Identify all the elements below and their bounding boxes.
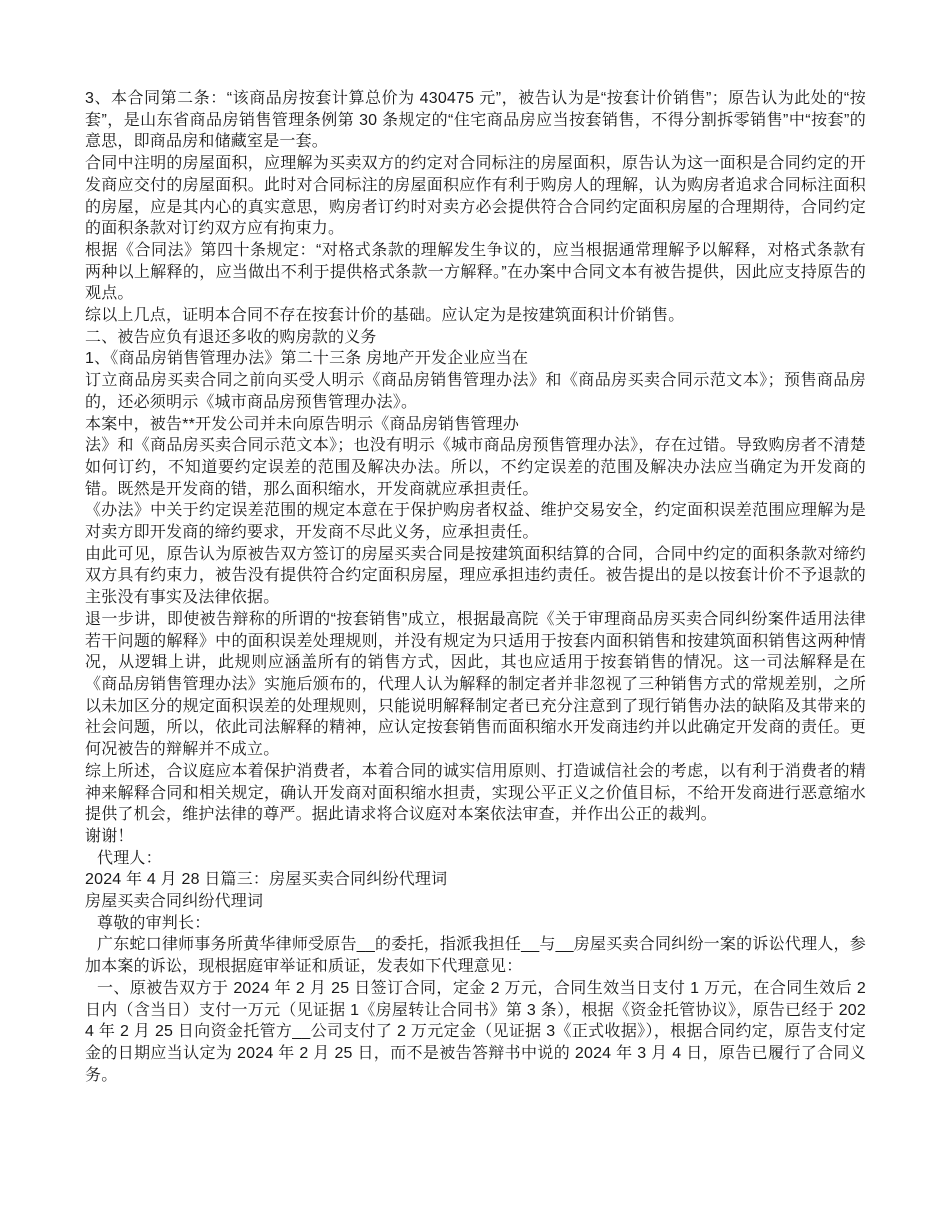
paragraph: 退一步讲，即使被告辩称的所谓的“按套销售”成立，根据最高院《关于审理商品房买卖合…	[85, 609, 866, 761]
paragraph: 2024 年 4 月 28 日篇三：房屋买卖合同纠纷代理词	[85, 869, 866, 891]
paragraph: 根据《合同法》第四十条规定：“对格式条款的理解发生争议的，应当根据通常理解予以解…	[85, 240, 866, 305]
paragraph: 一、原被告双方于 2024 年 2 月 25 日签订合同，定金 2 万元，合同生…	[85, 978, 866, 1087]
paragraph: 二、被告应负有退还多收的购房款的义务	[85, 327, 866, 349]
paragraph: 广东蛇口律师事务所黄华律师受原告__的委托，指派我担任__与__房屋买卖合同纠纷…	[85, 934, 866, 977]
paragraph: 3、本合同第二条：“该商品房按套计算总价为 430475 元”，被告认为是“按套…	[85, 88, 866, 153]
paragraph: 《办法》中关于约定误差范围的规定本意在于保护购房者权益、维护交易安全，约定面积误…	[85, 500, 866, 543]
paragraph: 综以上几点，证明本合同不存在按套计价的基础。应认定为是按建筑面积计价销售。	[85, 305, 866, 327]
paragraph: 综上所述，合议庭应本着保护消费者，本着合同的诚实信用原则、打造诚信社会的考虑，以…	[85, 761, 866, 826]
document-body: 3、本合同第二条：“该商品房按套计算总价为 430475 元”，被告认为是“按套…	[85, 88, 866, 1086]
paragraph: 法》和《商品房买卖合同示范文本》；也没有明示《城市商品房预售管理办法》，存在过错…	[85, 435, 866, 500]
paragraph: 尊敬的审判长：	[85, 913, 866, 935]
paragraph: 订立商品房买卖合同之前向买受人明示《商品房销售管理办法》和《商品房买卖合同示范文…	[85, 370, 866, 413]
paragraph: 房屋买卖合同纠纷代理词	[85, 891, 866, 913]
paragraph: 谢谢！	[85, 826, 866, 848]
paragraph: 1、《商品房销售管理办法》第二十三条 房地产开发企业应当在	[85, 348, 866, 370]
paragraph: 代理人：	[85, 848, 866, 870]
paragraph: 本案中，被告**开发公司并未向原告明示《商品房销售管理办	[85, 414, 866, 436]
paragraph: 由此可见，原告认为原被告双方签订的房屋买卖合同是按建筑面积结算的合同，合同中约定…	[85, 544, 866, 609]
paragraph: 合同中注明的房屋面积，应理解为买卖双方的约定对合同标注的房屋面积，原告认为这一面…	[85, 153, 866, 240]
document-page: 3、本合同第二条：“该商品房按套计算总价为 430475 元”，被告认为是“按套…	[85, 88, 866, 1086]
